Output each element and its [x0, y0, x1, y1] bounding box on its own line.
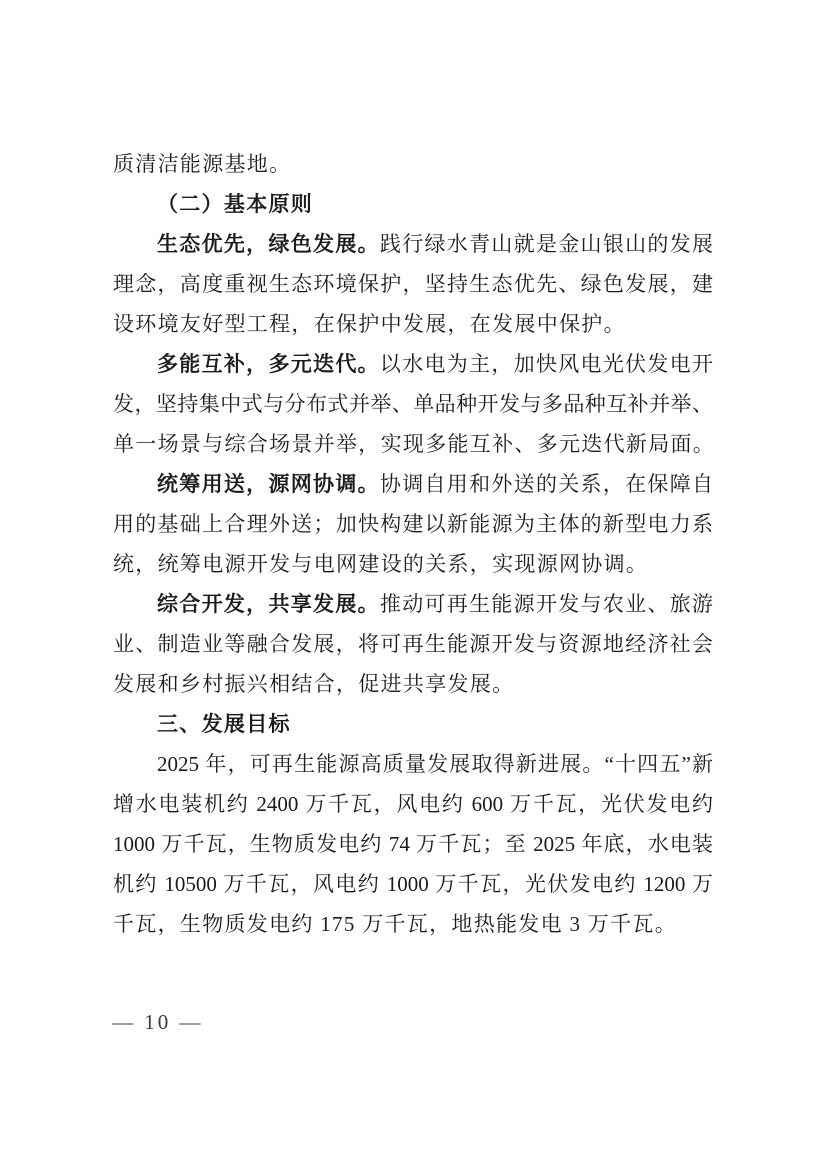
text-line: 2025 年，可再生能源高质量发展取得新进展。“十四五”新 — [113, 744, 713, 784]
document-page: 质清洁能源基地。（二）基本原则生态优先，绿色发展。践行绿水青山就是金山银山的发展… — [0, 0, 826, 1169]
bold-text-segment: 生态优先，绿色发展。 — [157, 232, 380, 256]
body-text-segment: 践行绿水青山就是金山银山的发展 — [380, 232, 713, 256]
heading-line: 三、发展目标 — [113, 704, 713, 744]
text-line: 机约 10500 万千瓦，风电约 1000 万千瓦，光伏发电约 1200 万 — [113, 864, 713, 904]
text-line: 生态优先，绿色发展。践行绿水青山就是金山银山的发展 — [113, 224, 713, 264]
body-text-segment: 增水电装机约 2400 万千瓦，风电约 600 万千瓦，光伏发电约 — [113, 792, 713, 816]
text-line: 设环境友好型工程，在保护中发展，在发展中保护。 — [113, 304, 713, 344]
text-line: 多能互补，多元迭代。以水电为主，加快风电光伏发电开 — [113, 344, 713, 384]
body-text-segment: 机约 10500 万千瓦，风电约 1000 万千瓦，光伏发电约 1200 万 — [113, 872, 713, 896]
text-line: 理念，高度重视生态环境保护，坚持生态优先、绿色发展，建 — [113, 264, 713, 304]
body-text-segment: 以水电为主，加快风电光伏发电开 — [380, 352, 713, 376]
text-line: 统筹用送，源网协调。协调自用和外送的关系，在保障自 — [113, 464, 713, 504]
text-line: 统，统筹电源开发与电网建设的关系，实现源网协调。 — [113, 544, 713, 584]
body-text-segment: 设环境友好型工程，在保护中发展，在发展中保护。 — [113, 312, 626, 336]
body-text-segment: 单一场景与综合场景并举，实现多能互补、多元迭代新局面。 — [113, 432, 713, 456]
body-text-segment: 1000 万千瓦，生物质发电约 74 万千瓦；至 2025 年底，水电装 — [113, 832, 713, 856]
text-line: 发展和乡村振兴相结合，促进共享发展。 — [113, 664, 713, 704]
bold-text-segment: （二）基本原则 — [157, 192, 313, 216]
bold-text-segment: 多能互补，多元迭代。 — [157, 352, 380, 376]
page-number: — 10 — — [112, 1010, 204, 1035]
body-text-segment: 千瓦，生物质发电约 175 万千瓦，地热能发电 3 万千瓦。 — [113, 912, 677, 936]
bold-text-segment: 三、发展目标 — [157, 712, 291, 736]
text-line: 千瓦，生物质发电约 175 万千瓦，地热能发电 3 万千瓦。 — [113, 904, 713, 944]
body-text-segment: 发展和乡村振兴相结合，促进共享发展。 — [113, 672, 514, 696]
body-text-segment: 统，统筹电源开发与电网建设的关系，实现源网协调。 — [113, 552, 648, 576]
bold-text-segment: 统筹用送，源网协调。 — [157, 472, 380, 496]
body-text-segment: 2025 年，可再生能源高质量发展取得新进展。“十四五”新 — [157, 752, 713, 776]
bold-text-segment: 综合开发，共享发展。 — [157, 592, 380, 616]
body-text-segment: 业、制造业等融合发展，将可再生能源开发与资源地经济社会 — [113, 632, 713, 656]
body-text-segment: 发，坚持集中式与分布式并举、单品种开发与多品种互补并举、 — [113, 392, 713, 416]
document-body: 质清洁能源基地。（二）基本原则生态优先，绿色发展。践行绿水青山就是金山银山的发展… — [113, 144, 713, 944]
body-text-segment: 质清洁能源基地。 — [113, 152, 291, 176]
body-text-segment: 用的基础上合理外送；加快构建以新能源为主体的新型电力系 — [113, 512, 713, 536]
text-line: 增水电装机约 2400 万千瓦，风电约 600 万千瓦，光伏发电约 — [113, 784, 713, 824]
text-line: 用的基础上合理外送；加快构建以新能源为主体的新型电力系 — [113, 504, 713, 544]
body-text-segment: 协调自用和外送的关系，在保障自 — [380, 472, 713, 496]
text-line: 发，坚持集中式与分布式并举、单品种开发与多品种互补并举、 — [113, 384, 713, 424]
heading-line: （二）基本原则 — [113, 184, 713, 224]
text-line: 综合开发，共享发展。推动可再生能源开发与农业、旅游 — [113, 584, 713, 624]
text-line: 质清洁能源基地。 — [113, 144, 713, 184]
text-line: 1000 万千瓦，生物质发电约 74 万千瓦；至 2025 年底，水电装 — [113, 824, 713, 864]
body-text-segment: 理念，高度重视生态环境保护，坚持生态优先、绿色发展，建 — [113, 272, 713, 296]
text-line: 单一场景与综合场景并举，实现多能互补、多元迭代新局面。 — [113, 424, 713, 464]
body-text-segment: 推动可再生能源开发与农业、旅游 — [380, 592, 713, 616]
text-line: 业、制造业等融合发展，将可再生能源开发与资源地经济社会 — [113, 624, 713, 664]
